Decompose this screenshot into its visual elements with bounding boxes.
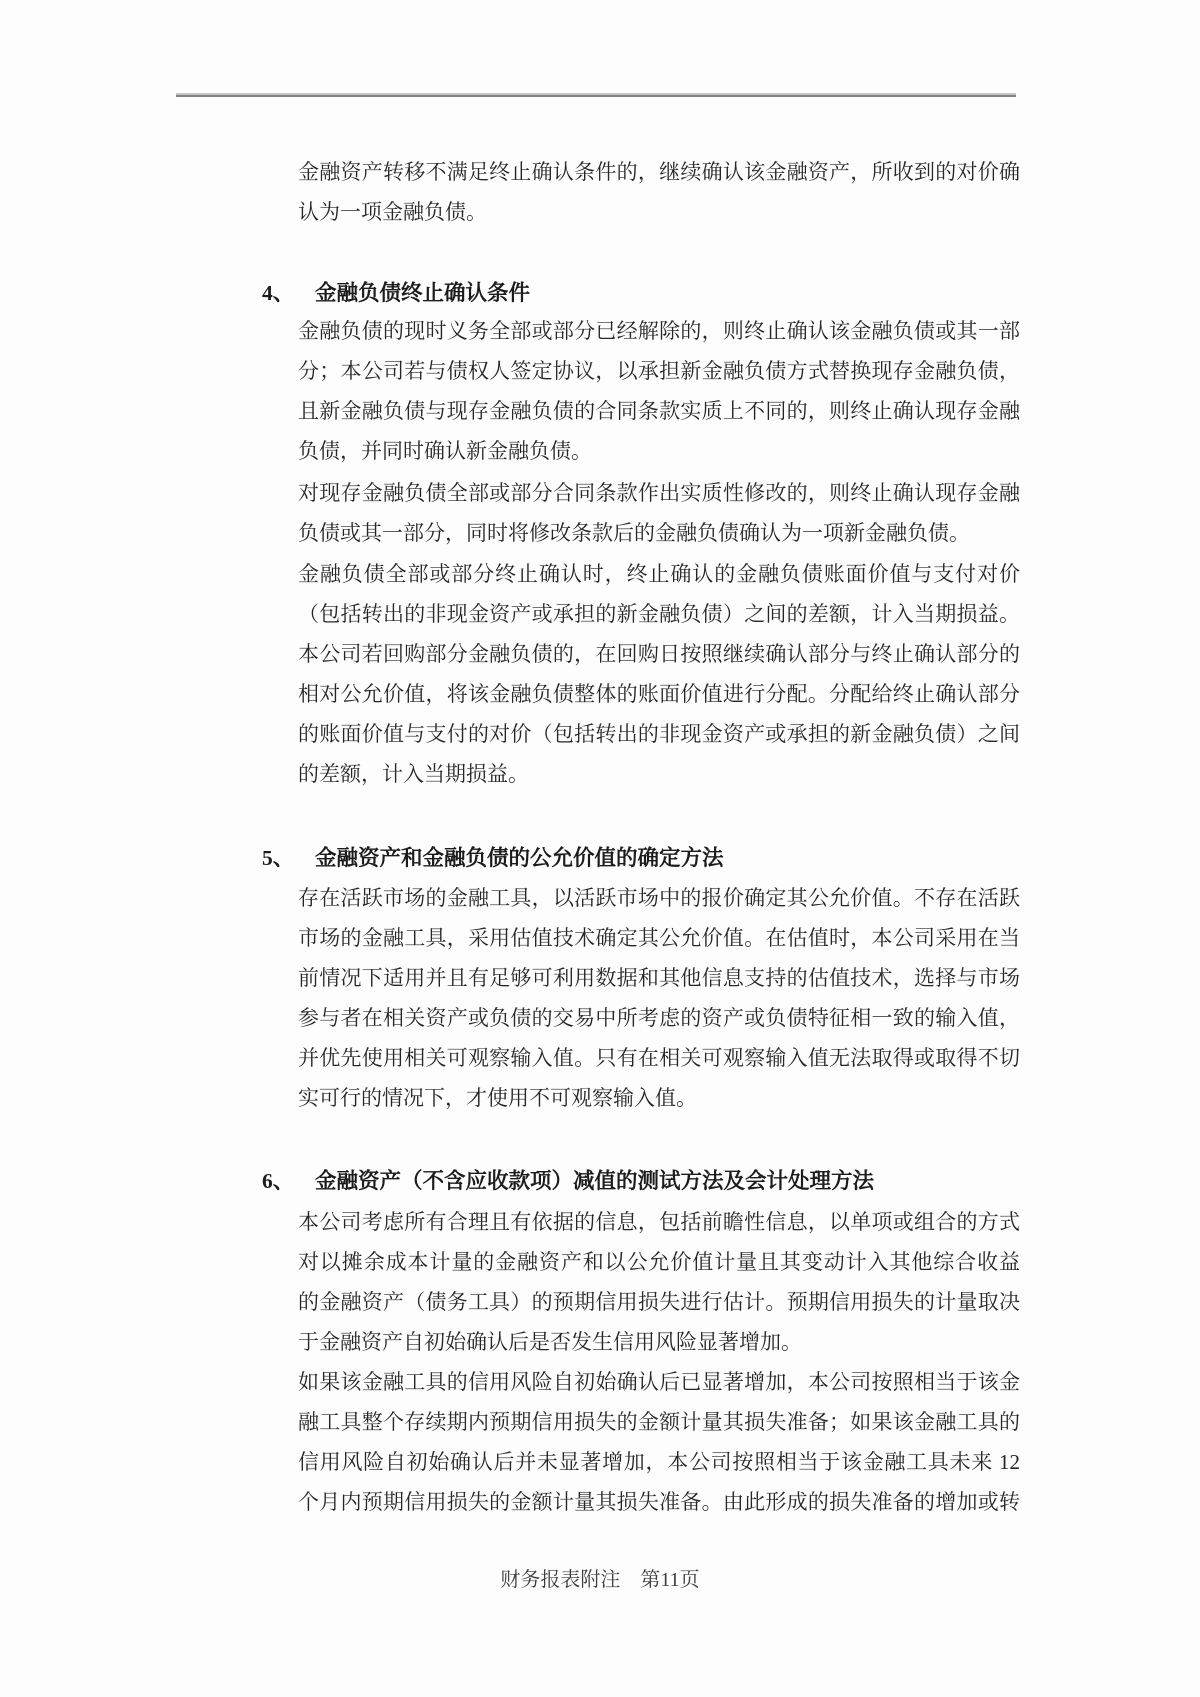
text-line: 的账面价值与支付的对价（包括转出的非现金资产或承担的新金融负债）之间 <box>298 714 1020 754</box>
paragraph: 存在活跃市场的金融工具，以活跃市场中的报价确定其公允价值。不存在活跃 市场的金融… <box>298 878 1020 1118</box>
text-line: 负债或其一部分，同时将修改条款后的金融负债确认为一项新金融负债。 <box>298 513 1020 553</box>
paragraph: 本公司考虑所有合理且有依据的信息，包括前瞻性信息，以单项或组合的方式 对以摊余成… <box>298 1202 1020 1362</box>
text-line: 实可行的情况下，才使用不可观察输入值。 <box>298 1078 1020 1118</box>
text-line: 于金融资产自初始确认后是否发生信用风险显著增加。 <box>298 1322 1020 1362</box>
section-number: 6、 <box>262 1161 315 1201</box>
text-line: 金融负债的现时义务全部或部分已经解除的，则终止确认该金融负债或其一部 <box>298 311 1020 351</box>
text-line: 相对公允价值，将该金融负债整体的账面价值进行分配。分配给终止确认部分 <box>298 674 1020 714</box>
intro-paragraph: 金融资产转移不满足终止确认条件的，继续确认该金融资产，所收到的对价确 认为一项金… <box>298 152 1020 232</box>
text-line: 个月内预期信用损失的金额计量其损失准备。由此形成的损失准备的增加或转 <box>298 1482 1020 1522</box>
section-5-heading: 5、金融资产和金融负债的公允价值的确定方法 <box>262 838 724 878</box>
text-line: 金融负债全部或部分终止确认时，终止确认的金融负债账面价值与支付对价 <box>298 554 1020 594</box>
section-title: 金融资产（不含应收款项）减值的测试方法及会计处理方法 <box>315 1169 874 1193</box>
paragraph: 如果该金融工具的信用风险自初始确认后已显著增加，本公司按照相当于该金 融工具整个… <box>298 1362 1020 1522</box>
paragraph: 金融负债的现时义务全部或部分已经解除的，则终止确认该金融负债或其一部 分；本公司… <box>298 311 1020 471</box>
section-4-heading: 4、金融负债终止确认条件 <box>262 273 530 313</box>
text-line: 并优先使用相关可观察输入值。只有在相关可观察输入值无法取得或取得不切 <box>298 1038 1020 1078</box>
text-line: 融工具整个存续期内预期信用损失的金额计量其损失准备；如果该金融工具的 <box>298 1402 1020 1442</box>
text-line: 金融资产转移不满足终止确认条件的，继续确认该金融资产，所收到的对价确 <box>298 152 1020 192</box>
text-line: 如果该金融工具的信用风险自初始确认后已显著增加，本公司按照相当于该金 <box>298 1362 1020 1402</box>
text-line: 对以摊余成本计量的金融资产和以公允价值计量且其变动计入其他综合收益 <box>298 1242 1020 1282</box>
section-title: 金融负债终止确认条件 <box>315 281 530 305</box>
text-line: 市场的金融工具，采用估值技术确定其公允价值。在估值时，本公司采用在当 <box>298 918 1020 958</box>
text-line: 本公司考虑所有合理且有依据的信息，包括前瞻性信息，以单项或组合的方式 <box>298 1202 1020 1242</box>
text-line: 前情况下适用并且有足够可利用数据和其他信息支持的估值技术，选择与市场 <box>298 958 1020 998</box>
document-page: 金融资产转移不满足终止确认条件的，继续确认该金融资产，所收到的对价确 认为一项金… <box>0 0 1200 1697</box>
text-line: 分；本公司若与债权人签定协议，以承担新金融负债方式替换现存金融负债， <box>298 351 1020 391</box>
text-line: 参与者在相关资产或负债的交易中所考虑的资产或负债特征相一致的输入值， <box>298 998 1020 1038</box>
text-line: （包括转出的非现金资产或承担的新金融负债）之间的差额，计入当期损益。 <box>298 594 1020 634</box>
text-line: 认为一项金融负债。 <box>298 192 1020 232</box>
text-line: 存在活跃市场的金融工具，以活跃市场中的报价确定其公允价值。不存在活跃 <box>298 878 1020 918</box>
text-line: 的金融资产（债务工具）的预期信用损失进行估计。预期信用损失的计量取决 <box>298 1282 1020 1322</box>
paragraph: 金融负债全部或部分终止确认时，终止确认的金融负债账面价值与支付对价 （包括转出的… <box>298 554 1020 794</box>
paragraph: 对现存金融负债全部或部分合同条款作出实质性修改的，则终止确认现存金融 负债或其一… <box>298 473 1020 553</box>
text-line: 负债，并同时确认新金融负债。 <box>298 431 1020 471</box>
section-title: 金融资产和金融负债的公允价值的确定方法 <box>315 846 724 870</box>
text-line: 且新金融负债与现存金融负债的合同条款实质上不同的，则终止确认现存金融 <box>298 391 1020 431</box>
section-number: 4、 <box>262 273 315 313</box>
text-line: 的差额，计入当期损益。 <box>298 754 1020 794</box>
section-6-heading: 6、金融资产（不含应收款项）减值的测试方法及会计处理方法 <box>262 1161 874 1201</box>
horizontal-divider <box>176 93 1016 97</box>
text-line: 信用风险自初始确认后并未显著增加，本公司按照相当于该金融工具未来 12 <box>298 1442 1020 1482</box>
text-line: 本公司若回购部分金融负债的，在回购日按照继续确认部分与终止确认部分的 <box>298 634 1020 674</box>
text-line: 对现存金融负债全部或部分合同条款作出实质性修改的，则终止确认现存金融 <box>298 473 1020 513</box>
section-number: 5、 <box>262 838 315 878</box>
page-footer: 财务报表附注 第11页 <box>0 1560 1200 1600</box>
